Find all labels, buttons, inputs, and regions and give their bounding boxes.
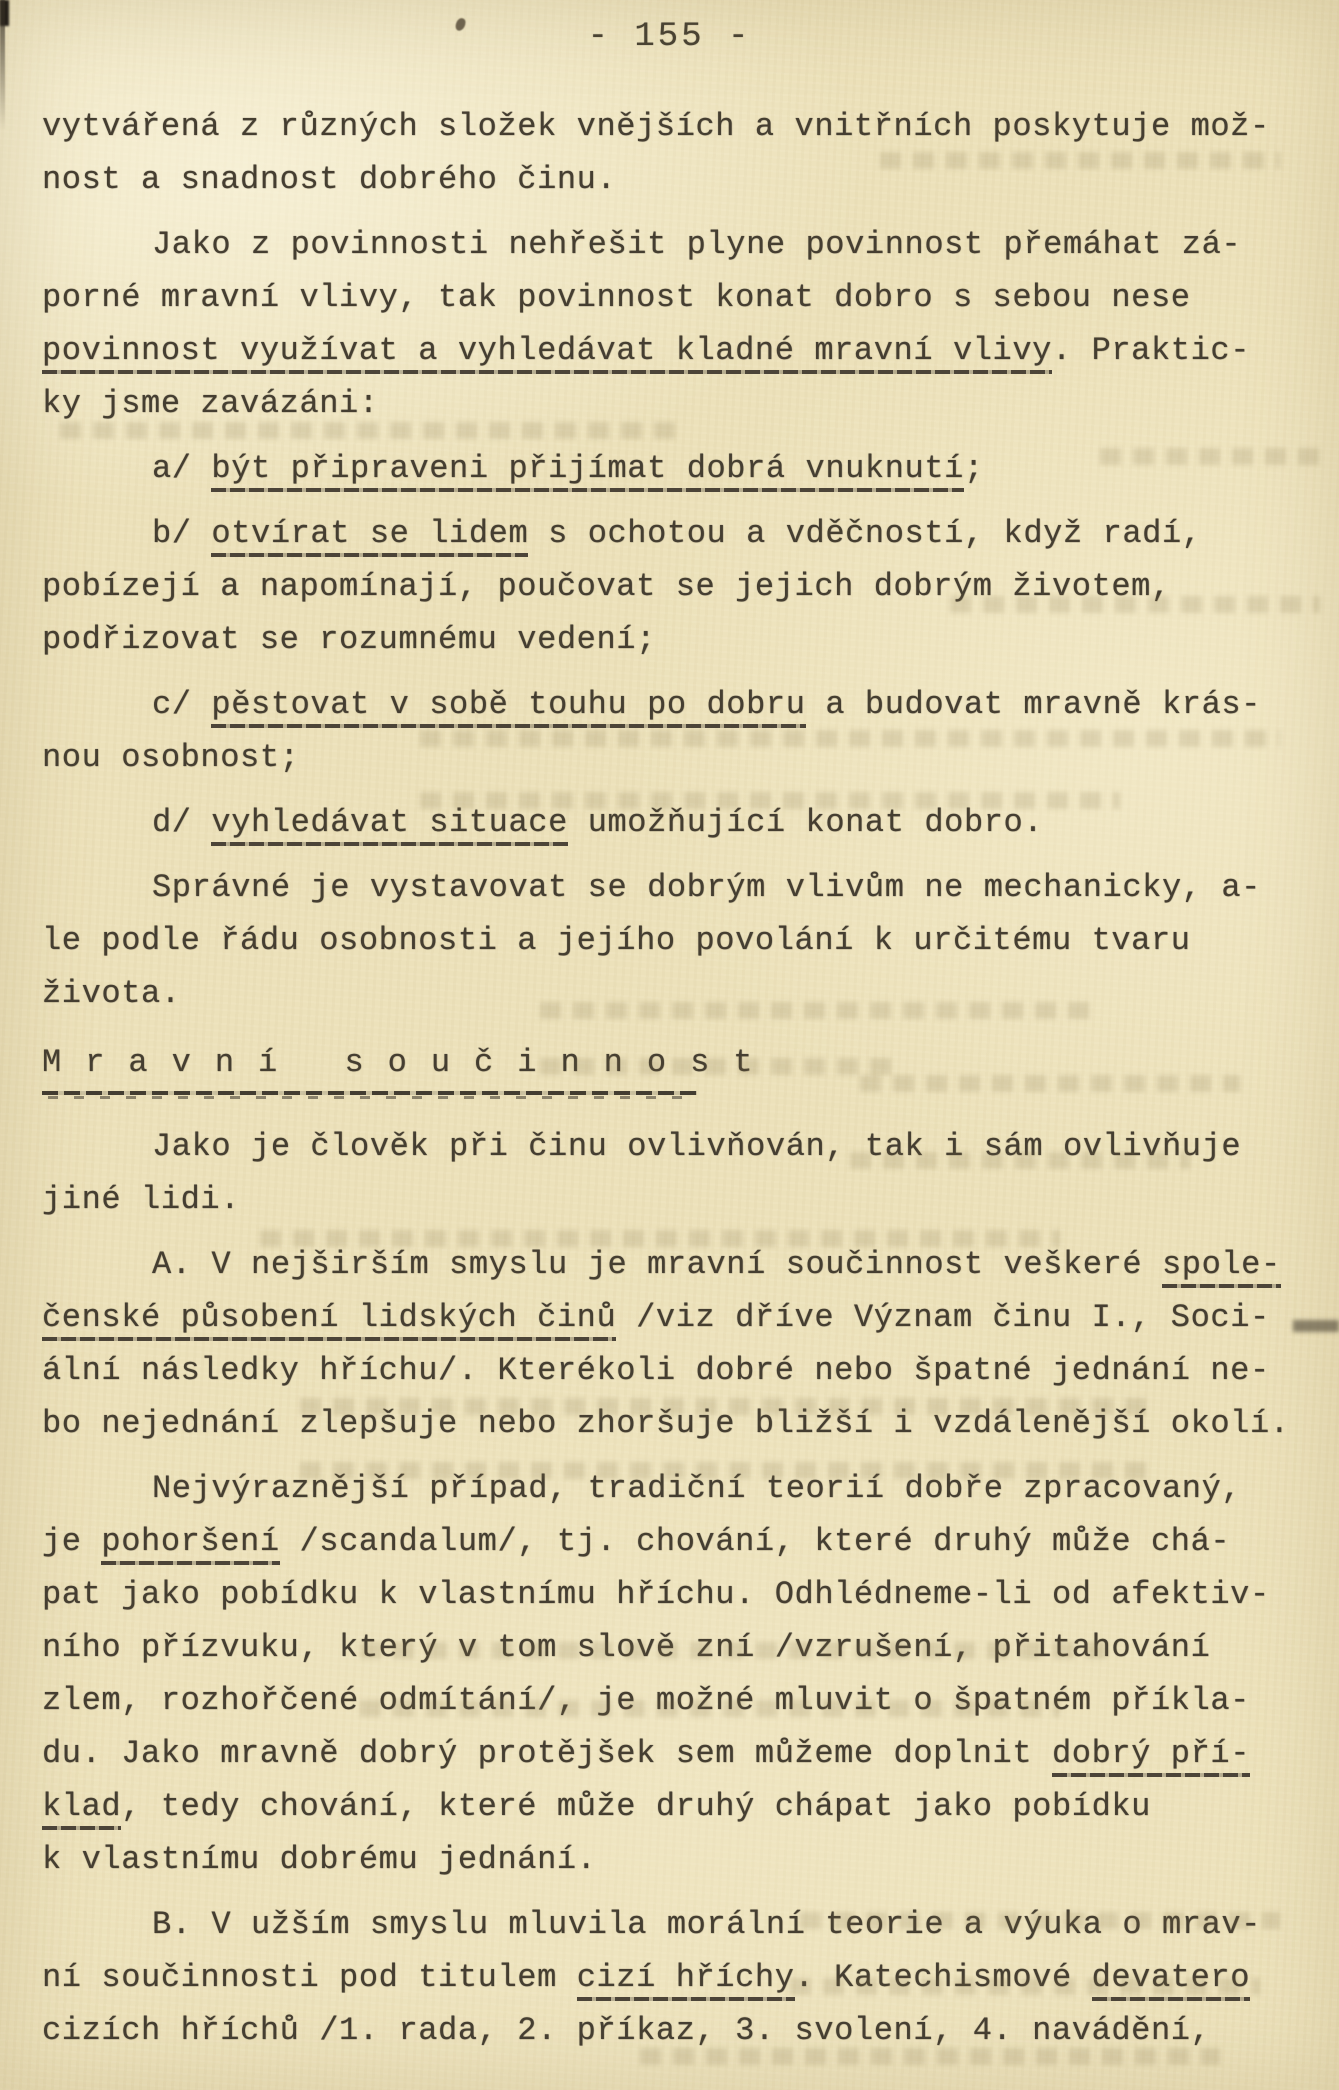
text-segment: Správné je vystavovat se dobrým vlivům n… (152, 869, 1261, 906)
text-segment: podřizovat se rozumnému vedení; (42, 621, 656, 658)
text-line: ního přízvuku, který v tom slově zní /vz… (42, 1621, 1294, 1674)
paragraph: B. V užším smyslu mluvila morální teorie… (42, 1898, 1294, 2057)
underlined-text: dobrý pří- (1052, 1735, 1250, 1777)
text-line: du. Jako mravně dobrý protějšek sem může… (42, 1727, 1294, 1780)
paragraph: vytvářená z různých složek vnějších a vn… (42, 100, 1294, 206)
text-segment: . Katechismové (795, 1959, 1092, 1996)
text-segment: . Praktic- (1052, 332, 1250, 369)
text-line: a/ být připraveni přijímat dobrá vnuknut… (42, 442, 1294, 495)
text-segment: ní součinnosti pod titulem (42, 1959, 577, 1996)
text-line: bo nejednání zlepšuje nebo zhoršuje bliž… (42, 1397, 1294, 1450)
paragraph: Jako je člověk při činu ovlivňován, tak … (42, 1120, 1294, 1226)
text-segment: bo nejednání zlepšuje nebo zhoršuje bliž… (42, 1405, 1290, 1442)
heading-underline (42, 1091, 697, 1100)
paragraph: c/ pěstovat v sobě touhu po dobru a budo… (42, 678, 1294, 784)
text-line: ní součinnosti pod titulem cizí hříchy. … (42, 1951, 1294, 2004)
text-line: c/ pěstovat v sobě touhu po dobru a budo… (42, 678, 1294, 731)
text-segment: le podle řádu osobnosti a jejího povolán… (42, 922, 1191, 959)
underlined-text: klad (42, 1788, 121, 1830)
paragraph: Nejvýraznější případ, tradiční teorií do… (42, 1462, 1294, 1886)
text-segment: Jako je člověk při činu ovlivňován, tak … (152, 1128, 1241, 1165)
text-line: le podle řádu osobnosti a jejího povolán… (42, 914, 1294, 967)
text-line: ální následky hříchu/. Kterékoli dobré n… (42, 1344, 1294, 1397)
text-line: nou osobnost; (42, 731, 1294, 784)
text-segment: , tedy chování, které může druhý chápat … (121, 1788, 1151, 1825)
paragraph: b/ otvírat se lidem s ochotou a vděčnost… (42, 507, 1294, 666)
text-line: Jako z povinnosti nehřešit plyne povinno… (42, 218, 1294, 271)
text-line: čenské působení lidských činů /viz dříve… (42, 1291, 1294, 1344)
underlined-text: pěstovat v sobě touhu po dobru (211, 686, 805, 728)
text-segment: nou osobnost; (42, 739, 299, 776)
text-line: vytvářená z různých složek vnějších a vn… (42, 100, 1294, 153)
text-line: Správné je vystavovat se dobrým vlivům n… (42, 861, 1294, 914)
text-line: porné mravní vlivy, tak povinnost konat … (42, 271, 1294, 324)
text-line: jiné lidi. (42, 1173, 1294, 1226)
text-line: B. V užším smyslu mluvila morální teorie… (42, 1898, 1294, 1951)
text-segment: A. V nejširším smyslu je mravní součinno… (152, 1246, 1162, 1283)
bleedthrough-mark (1293, 1320, 1339, 1332)
text-segment: a/ (152, 450, 211, 487)
paragraph: Správné je vystavovat se dobrým vlivům n… (42, 861, 1294, 1020)
text-line: Nejvýraznější případ, tradiční teorií do… (42, 1462, 1294, 1515)
paragraph: A. V nejširším smyslu je mravní součinno… (42, 1238, 1294, 1450)
underlined-text: pohoršení (101, 1523, 279, 1565)
text-segment: /scandalum/, tj. chování, které druhý mů… (280, 1523, 1231, 1560)
underlined-text: devatero (1092, 1959, 1250, 2001)
text-segment: d/ (152, 804, 211, 841)
text-segment: ního přízvuku, který v tom slově zní /vz… (42, 1629, 1210, 1666)
paragraph: Jako z povinnosti nehřešit plyne povinno… (42, 218, 1294, 430)
text-line: pat jako pobídku k vlastnímu hříchu. Odh… (42, 1568, 1294, 1621)
text-line: ky jsme zavázáni: (42, 377, 1294, 430)
text-segment: pobízejí a napomínají, poučovat se jejic… (42, 568, 1171, 605)
text-line: b/ otvírat se lidem s ochotou a vděčnost… (42, 507, 1294, 560)
underlined-text: čenské působení lidských činů (42, 1299, 616, 1341)
text-line: M r a v n í s o u č i n n o s t (42, 1036, 1294, 1089)
text-line: d/ vyhledávat situace umožňující konat d… (42, 796, 1294, 849)
underlined-text: spole- (1162, 1246, 1281, 1288)
text-line: zlem, rozhořčené odmítání/, je možné mlu… (42, 1674, 1294, 1727)
text-segment: pat jako pobídku k vlastnímu hříchu. Odh… (42, 1576, 1270, 1613)
text-segment: porné mravní vlivy, tak povinnost konat … (42, 279, 1191, 316)
text-segment: vytvářená z různých složek vnějších a vn… (42, 108, 1270, 145)
text-segment: c/ (152, 686, 211, 723)
text-line: klad, tedy chování, které může druhý chá… (42, 1780, 1294, 1833)
underlined-text: cizí hříchy (577, 1959, 795, 2001)
text-segment: k vlastnímu dobrému jednání. (42, 1841, 597, 1878)
text-line: cizích hříchů /1. rada, 2. příkaz, 3. sv… (42, 2004, 1294, 2057)
underlined-text: vyhledávat situace (211, 804, 567, 846)
text-line: A. V nejširším smyslu je mravní součinno… (42, 1238, 1294, 1291)
text-segment: ky jsme zavázáni: (42, 385, 379, 422)
document-page: - 155 - vytvářená z různých složek vnějš… (0, 0, 1339, 2090)
text-line: podřizovat se rozumnému vedení; (42, 613, 1294, 666)
text-segment: nost a snadnost dobrého činu. (42, 161, 616, 198)
text-segment: /viz dříve Význam činu I., Soci- (616, 1299, 1270, 1336)
text-line: nost a snadnost dobrého činu. (42, 153, 1294, 206)
text-segment: b/ (152, 515, 211, 552)
text-line: k vlastnímu dobrému jednání. (42, 1833, 1294, 1886)
text-segment: Jako z povinnosti nehřešit plyne povinno… (152, 226, 1241, 263)
text-line: pobízejí a napomínají, poučovat se jejic… (42, 560, 1294, 613)
text-segment: cizích hříchů /1. rada, 2. příkaz, 3. sv… (42, 2012, 1210, 2049)
text-segment: B. V užším smyslu mluvila morální teorie… (152, 1906, 1261, 1943)
text-segment: M r a v n í s o u č i n n o s t (42, 1044, 755, 1081)
text-segment: a budovat mravně krás- (806, 686, 1261, 723)
text-segment: zlem, rozhořčené odmítání/, je možné mlu… (42, 1682, 1250, 1719)
document-body: vytvářená z různých složek vnějších a vn… (42, 100, 1294, 2069)
paragraph: d/ vyhledávat situace umožňující konat d… (42, 796, 1294, 849)
text-segment: jiné lidi. (42, 1181, 240, 1218)
text-segment: umožňující konat dobro. (568, 804, 1043, 841)
underlined-text: otvírat se lidem (211, 515, 528, 557)
text-line: Jako je člověk při činu ovlivňován, tak … (42, 1120, 1294, 1173)
section-heading: M r a v n í s o u č i n n o s t (42, 1036, 1294, 1089)
page-number: - 155 - (0, 18, 1339, 56)
text-segment: je (42, 1523, 101, 1560)
text-line: povinnost využívat a vyhledávat kladné m… (42, 324, 1294, 377)
text-line: života. (42, 967, 1294, 1020)
text-segment: Nejvýraznější případ, tradiční teorií do… (152, 1470, 1241, 1507)
paragraph: a/ být připraveni přijímat dobrá vnuknut… (42, 442, 1294, 495)
text-line: je pohoršení /scandalum/, tj. chování, k… (42, 1515, 1294, 1568)
underlined-text: povinnost využívat a vyhledávat kladné m… (42, 332, 1052, 374)
underlined-text: být připraveni přijímat dobrá vnuknutí (211, 450, 964, 492)
text-segment: ; (964, 450, 984, 487)
text-segment: života. (42, 975, 181, 1012)
text-segment: ální následky hříchu/. Kterékoli dobré n… (42, 1352, 1270, 1389)
text-segment: du. Jako mravně dobrý protějšek sem může… (42, 1735, 1052, 1772)
text-segment: s ochotou a vděčností, když radí, (528, 515, 1201, 552)
